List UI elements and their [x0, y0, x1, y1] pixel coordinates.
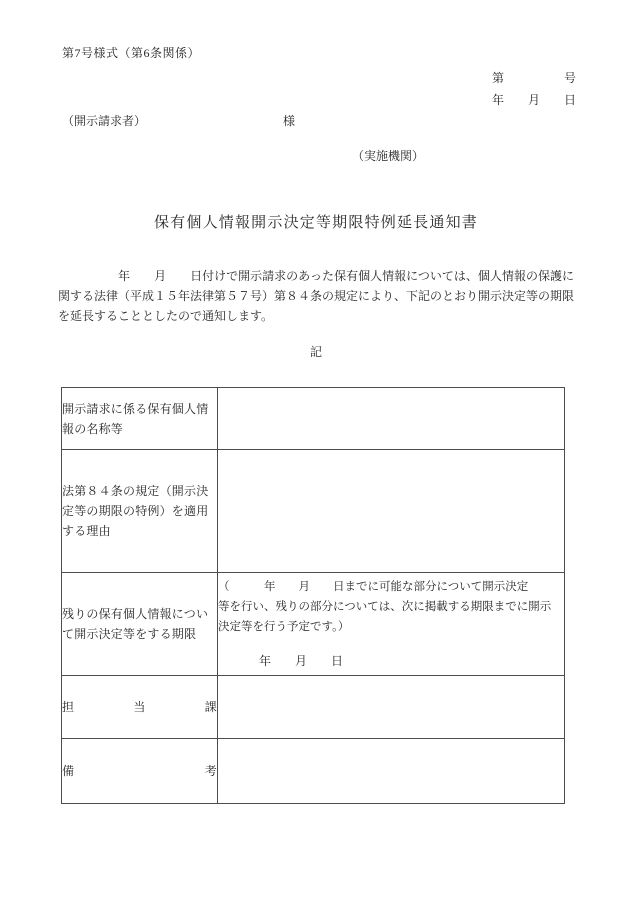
body-line: 年 月 日付けで開示請求のあった保有個人情報については、個人情報の保護に: [58, 266, 574, 286]
addressee-row: （開示請求者） 様: [0, 111, 630, 131]
table-row: 担当課: [62, 676, 565, 739]
body-paragraph: 年 月 日付けで開示請求のあった保有個人情報については、個人情報の保護に 関する…: [58, 266, 574, 326]
value-cell-remarks: [218, 739, 565, 804]
deadline-note-line: 決定等を行う予定です。）: [218, 617, 564, 637]
addressee-honorific: 様: [283, 111, 295, 131]
row-label-remarks: 備考: [62, 739, 218, 804]
body-line: 関する法律（平成１５年法律第５７号）第８４条の規定により、下記のとおり開示決定等…: [58, 286, 574, 306]
form-table: 開示請求に係る保有個人情報の名称等 法第８４条の規定（開示決定等の期限の特例）を…: [61, 387, 565, 804]
table-row: 開示請求に係る保有個人情報の名称等: [62, 388, 565, 450]
value-cell-reason: [218, 450, 565, 573]
body-line: を延長することとしたので通知します。: [58, 306, 574, 326]
table-row: 法第８４条の規定（開示決定等の期限の特例）を適用する理由: [62, 450, 565, 573]
deadline-date-blank: 年 月 日: [259, 651, 564, 671]
value-cell-deadline: （ 年 月 日までに可能な部分について開示決定 等を行い、残りの部分については、…: [218, 573, 565, 676]
value-cell-department: [218, 676, 565, 739]
department-label-text: 担当課: [62, 697, 217, 717]
row-label-department: 担当課: [62, 676, 218, 739]
ki-section-marker: 記: [58, 343, 574, 361]
document-number-blank: 第 号: [492, 69, 576, 87]
requester-label: （開示請求者）: [62, 111, 146, 131]
row-label-reason-article84: 法第８４条の規定（開示決定等の期限の特例）を適用する理由: [62, 450, 218, 573]
deadline-note-line: 等を行い、残りの部分については、次に掲載する期限までに開示: [218, 597, 564, 617]
value-cell-information-name: [218, 388, 565, 450]
document-page: 第7号様式（第6条関係） 第 号 年 月 日 （開示請求者） 様 （実施機関） …: [0, 0, 630, 903]
remarks-label-text: 備考: [62, 761, 217, 781]
row-label-remaining-deadline: 残りの保有個人情報について開示決定等をする期限: [62, 573, 218, 676]
table-row: 残りの保有個人情報について開示決定等をする期限 （ 年 月 日までに可能な部分に…: [62, 573, 565, 676]
row-label-information-name: 開示請求に係る保有個人情報の名称等: [62, 388, 218, 450]
table-row: 備考: [62, 739, 565, 804]
deadline-note-line: （ 年 月 日までに可能な部分について開示決定: [218, 577, 564, 597]
issuing-agency-label: （実施機関）: [352, 146, 424, 166]
issue-date-blank: 年 月 日: [492, 91, 576, 109]
form-number: 第7号様式（第6条関係）: [62, 44, 200, 62]
document-title: 保有個人情報開示決定等期限特例延長通知書: [58, 212, 574, 234]
